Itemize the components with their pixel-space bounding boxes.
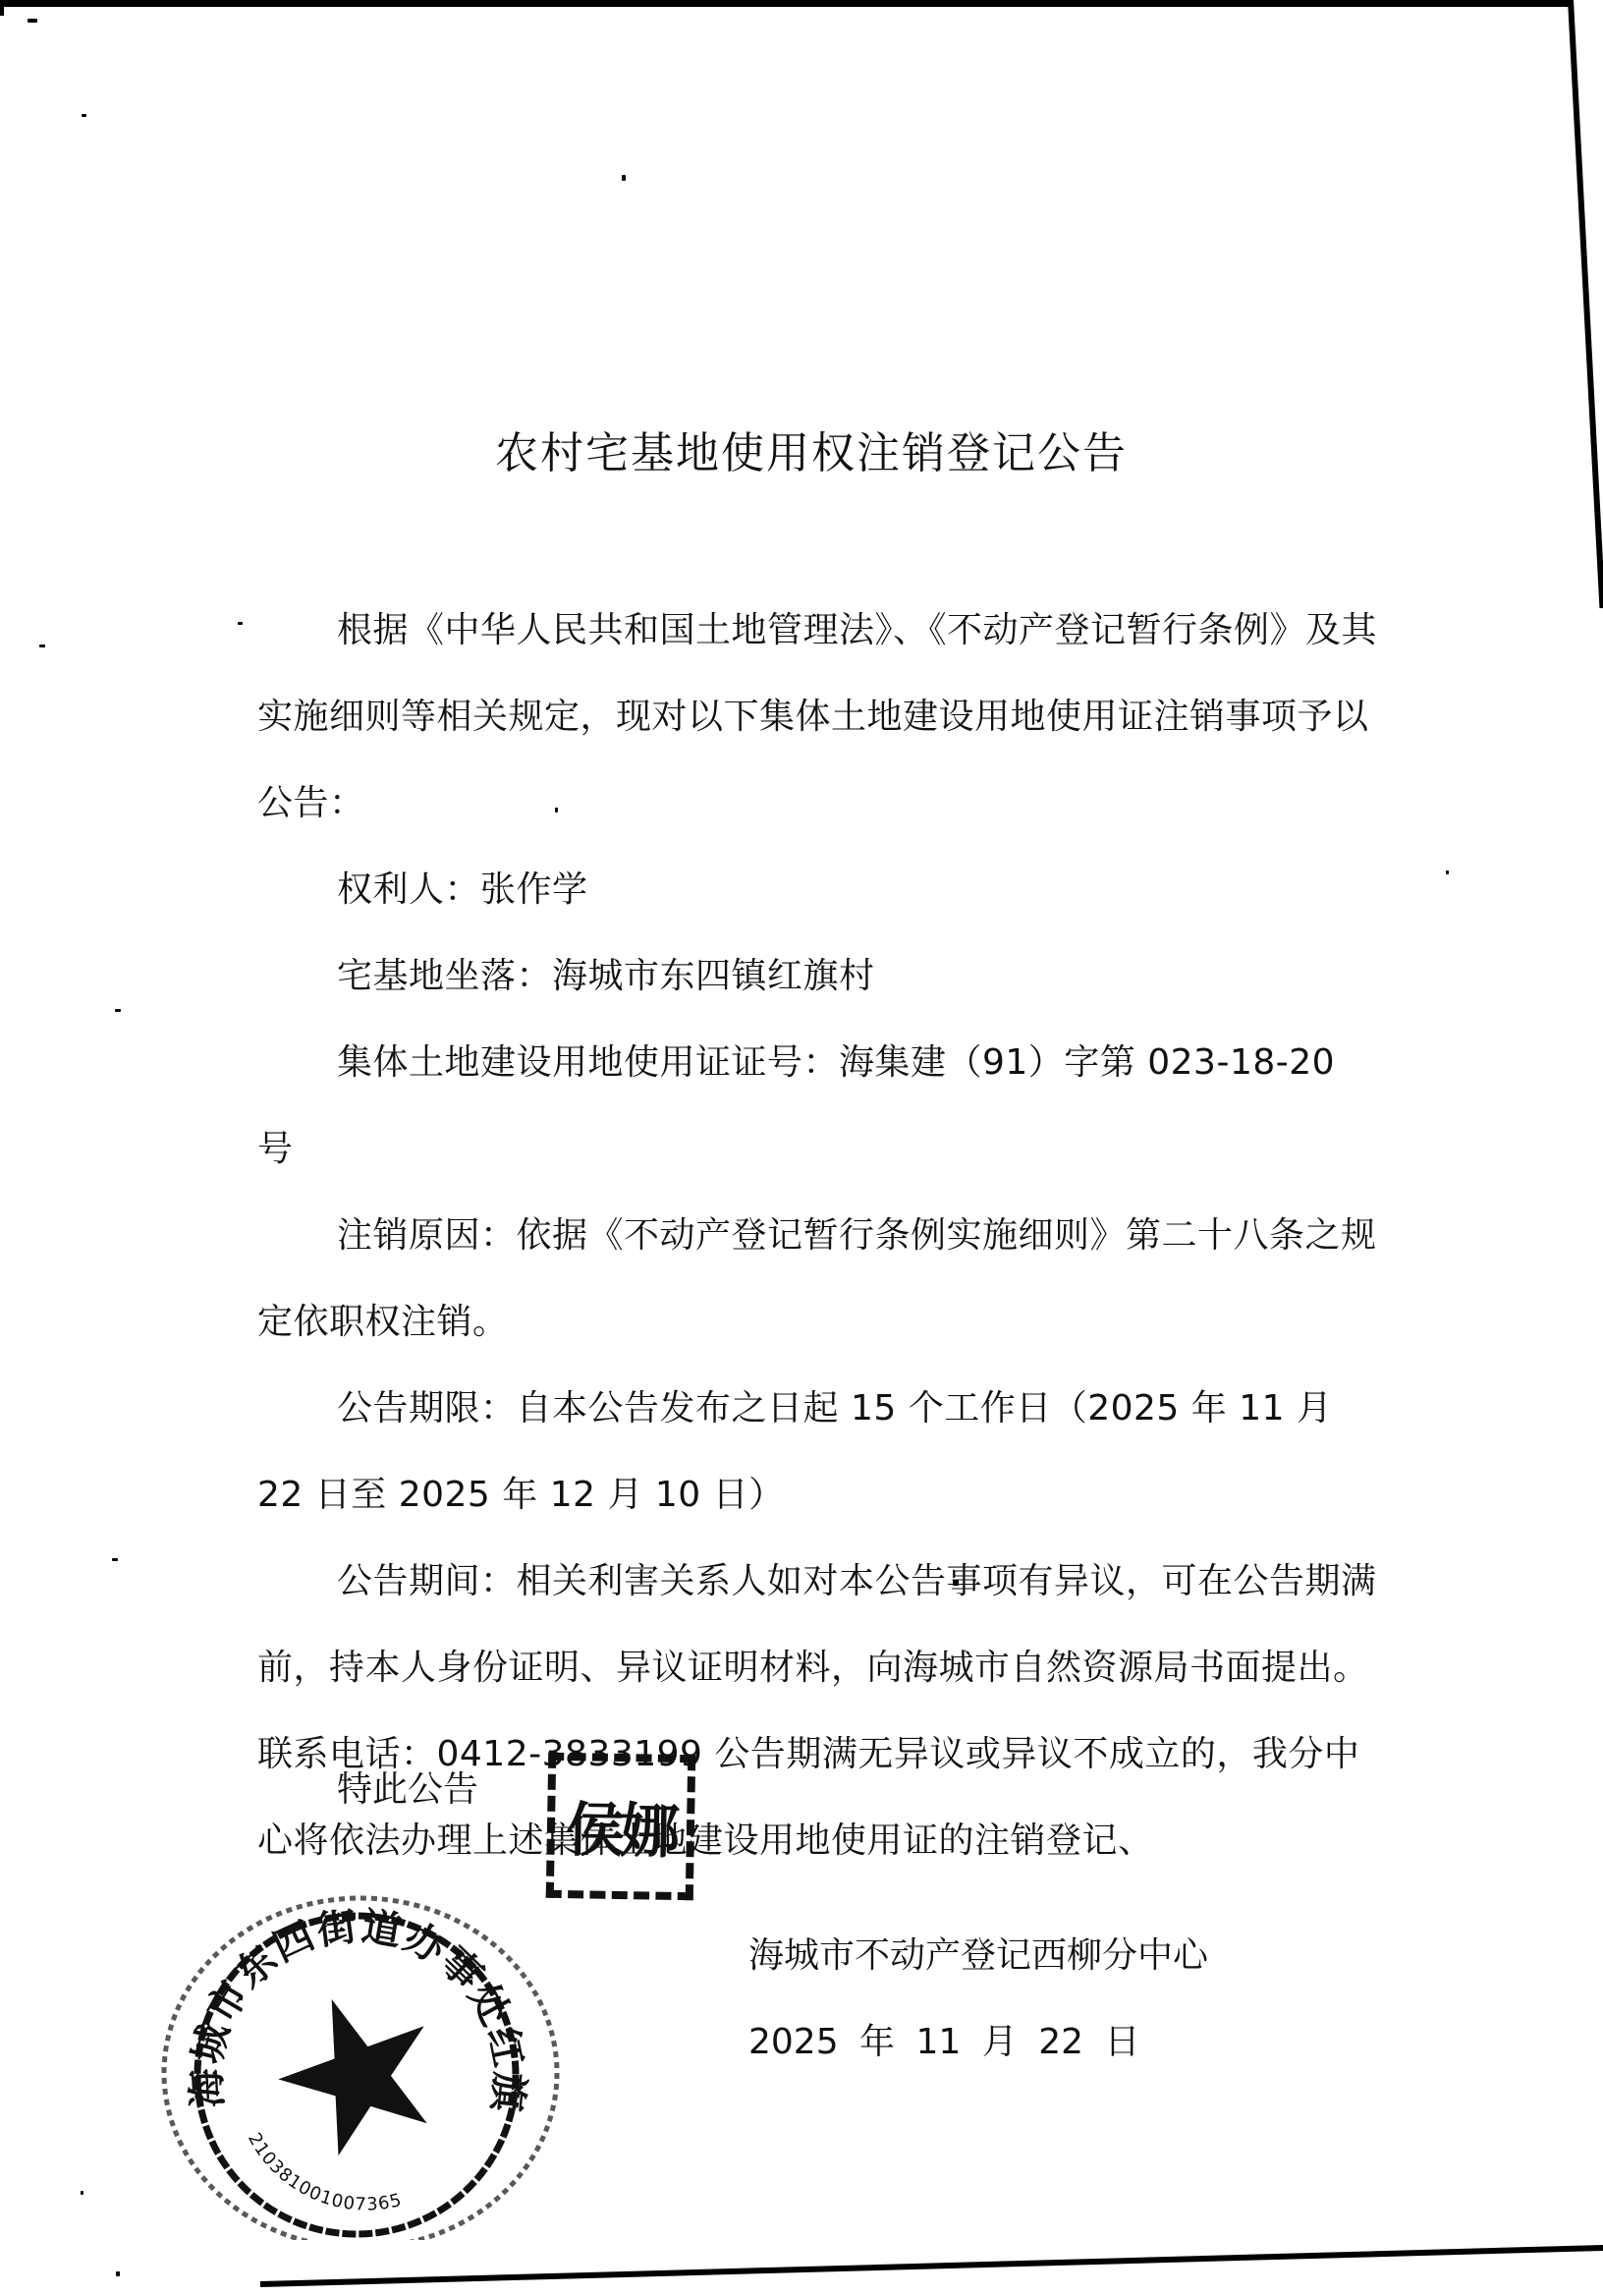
closing-line: 特此公告 bbox=[337, 1761, 478, 1820]
star-icon bbox=[258, 1973, 455, 2166]
certificate-number-line: 集体土地建设用地使用证证号：海集建（91）字第 023-18-20 号 bbox=[257, 1020, 1377, 1193]
cancellation-reason-paragraph: 注销原因：依据《不动产登记暂行条例实施细则》第二十八条之规定依职权注销。 bbox=[257, 1193, 1377, 1366]
official-round-seal: 海城市东四街道办事处红旗村村民委员会 210381001007365 bbox=[152, 1867, 584, 2240]
scan-speck bbox=[115, 1009, 121, 1012]
scan-speck bbox=[116, 2271, 120, 2276]
scan-border-right bbox=[1568, 0, 1603, 608]
notice-period-paragraph: 公告期限：自本公告发布之日起 15 个工作日（2025 年 11 月 22 日至… bbox=[257, 1366, 1377, 1539]
right-holder-line: 权利人：张作学 bbox=[257, 847, 1377, 933]
scan-speck bbox=[112, 1558, 118, 1561]
document-body: 根据《中华人民共和国土地管理法》、《不动产登记暂行条例》及其实施细则等相关规定，… bbox=[257, 588, 1377, 1884]
scan-speck bbox=[238, 622, 243, 625]
seal-code: 210381001007365 bbox=[244, 2129, 405, 2214]
location-line: 宅基地坐落：海城市东四镇红旗村 bbox=[257, 933, 1377, 1020]
scan-border-top bbox=[0, 0, 1572, 7]
scan-speck bbox=[39, 644, 45, 647]
objection-paragraph: 公告期间：相关利害关系人如对本公告事项有异议，可在公告期满前，持本人身份证明、异… bbox=[257, 1539, 1377, 1884]
document-title: 农村宅基地使用权注销登记公告 bbox=[0, 418, 1603, 480]
scan-speck bbox=[82, 114, 86, 117]
scan-speck bbox=[28, 19, 37, 23]
scan-speck bbox=[81, 2191, 83, 2195]
scan-speck bbox=[1446, 870, 1449, 874]
scan-border-bottom bbox=[260, 2245, 1603, 2287]
issuing-organization: 海城市不动产登记西柳分中心 bbox=[748, 1932, 1208, 1981]
intro-paragraph: 根据《中华人民共和国土地管理法》、《不动产登记暂行条例》及其实施细则等相关规定，… bbox=[257, 588, 1377, 847]
scan-speck bbox=[622, 175, 626, 181]
issue-date: 2025 年 11 月 22 日 bbox=[748, 2018, 1139, 2067]
scan-border-corner bbox=[0, 0, 4, 16]
